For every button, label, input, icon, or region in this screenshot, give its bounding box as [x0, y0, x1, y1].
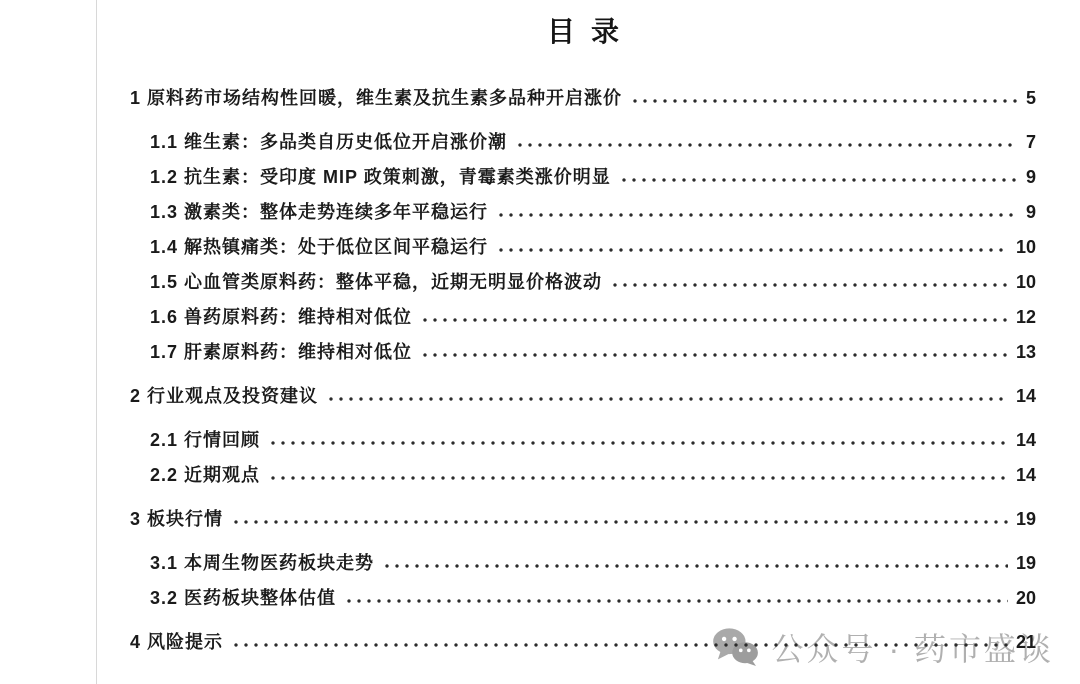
- toc-leader-dots: [231, 620, 1008, 655]
- toc-entry[interactable]: 1.1 维生素：多品类自历史低位开启涨价潮 7: [130, 120, 1036, 155]
- toc-entry-label[interactable]: 1.1 维生素：多品类自历史低位开启涨价潮: [150, 129, 507, 155]
- toc-entry[interactable]: 2.2 近期观点 14: [130, 453, 1036, 488]
- toc-leader-dots: [268, 418, 1008, 453]
- toc-entry[interactable]: 1.6 兽药原料药：维持相对低位 12: [130, 295, 1036, 330]
- toc-entry[interactable]: 4 风险提示 21: [130, 620, 1036, 655]
- toc-entry-label[interactable]: 3.1 本周生物医药板块走势: [150, 550, 374, 576]
- toc-entry-label[interactable]: 1.7 肝素原料药：维持相对低位: [150, 339, 412, 365]
- toc-entry-label[interactable]: 1.4 解热镇痛类：处于低位区间平稳运行: [150, 234, 488, 260]
- toc-entry-page: 10: [1010, 234, 1036, 260]
- toc-entry[interactable]: 1.4 解热镇痛类：处于低位区间平稳运行 10: [130, 225, 1036, 260]
- toc-entry-label[interactable]: 2 行业观点及投资建议: [130, 383, 318, 409]
- toc-entry-page: 19: [1010, 550, 1036, 576]
- toc-entry-page: 7: [1020, 129, 1036, 155]
- toc-entry-label[interactable]: 2.1 行情回顾: [150, 427, 260, 453]
- toc-leader-dots: [496, 190, 1018, 225]
- toc-content: 目录 1 原料药市场结构性回暖，维生素及抗生素多品种开启涨价 5 1.1 维生素…: [130, 10, 1036, 664]
- toc-entry-label[interactable]: 1.3 激素类：整体走势连续多年平稳运行: [150, 199, 488, 225]
- toc-list: 1 原料药市场结构性回暖，维生素及抗生素多品种开启涨价 5 1.1 维生素：多品…: [130, 76, 1036, 655]
- toc-entry[interactable]: 1.7 肝素原料药：维持相对低位 13: [130, 330, 1036, 365]
- toc-entry[interactable]: 1.2 抗生素：受印度 MIP 政策刺激，青霉素类涨价明显 9: [130, 155, 1036, 190]
- toc-leader-dots: [610, 260, 1008, 295]
- toc-entry[interactable]: 2.1 行情回顾 14: [130, 418, 1036, 453]
- toc-leader-dots: [344, 576, 1008, 611]
- toc-entry-page: 13: [1010, 339, 1036, 365]
- toc-entry[interactable]: 3.1 本周生物医药板块走势 19: [130, 541, 1036, 576]
- toc-entry[interactable]: 3.2 医药板块整体估值 20: [130, 576, 1036, 611]
- toc-leader-dots: [420, 295, 1008, 330]
- toc-leader-dots: [268, 453, 1008, 488]
- toc-leader-dots: [231, 497, 1008, 532]
- toc-entry-page: 10: [1010, 269, 1036, 295]
- toc-entry-label[interactable]: 1.6 兽药原料药：维持相对低位: [150, 304, 412, 330]
- toc-leader-dots: [496, 225, 1008, 260]
- toc-entry-label[interactable]: 3 板块行情: [130, 506, 223, 532]
- toc-entry-label[interactable]: 4 风险提示: [130, 629, 223, 655]
- toc-leader-dots: [630, 76, 1018, 111]
- toc-entry-page: 21: [1010, 629, 1036, 655]
- toc-entry-page: 19: [1010, 506, 1036, 532]
- toc-leader-dots: [515, 120, 1018, 155]
- toc-entry-page: 9: [1020, 199, 1036, 225]
- toc-leader-dots: [326, 374, 1008, 409]
- toc-entry-page: 9: [1020, 164, 1036, 190]
- toc-entry-page: 14: [1010, 383, 1036, 409]
- toc-entry[interactable]: 1.5 心血管类原料药：整体平稳，近期无明显价格波动 10: [130, 260, 1036, 295]
- toc-entry[interactable]: 1 原料药市场结构性回暖，维生素及抗生素多品种开启涨价 5: [130, 76, 1036, 111]
- toc-entry-page: 12: [1010, 304, 1036, 330]
- toc-entry-page: 20: [1010, 585, 1036, 611]
- toc-entry[interactable]: 1.3 激素类：整体走势连续多年平稳运行 9: [130, 190, 1036, 225]
- page-title: 目录: [130, 10, 1036, 50]
- toc-leader-dots: [619, 155, 1018, 190]
- toc-entry-label[interactable]: 1 原料药市场结构性回暖，维生素及抗生素多品种开启涨价: [130, 85, 622, 111]
- toc-entry[interactable]: 3 板块行情 19: [130, 497, 1036, 532]
- toc-entry-page: 5: [1020, 85, 1036, 111]
- toc-entry-label[interactable]: 1.5 心血管类原料药：整体平稳，近期无明显价格波动: [150, 269, 602, 295]
- toc-leader-dots: [420, 330, 1008, 365]
- toc-entry-page: 14: [1010, 427, 1036, 453]
- toc-leader-dots: [382, 541, 1008, 576]
- toc-entry-label[interactable]: 1.2 抗生素：受印度 MIP 政策刺激，青霉素类涨价明显: [150, 164, 611, 190]
- toc-entry-page: 14: [1010, 462, 1036, 488]
- toc-entry-label[interactable]: 3.2 医药板块整体估值: [150, 585, 336, 611]
- page-left-border: [96, 0, 97, 684]
- toc-page: 目录 1 原料药市场结构性回暖，维生素及抗生素多品种开启涨价 5 1.1 维生素…: [0, 0, 1080, 684]
- toc-entry[interactable]: 2 行业观点及投资建议 14: [130, 374, 1036, 409]
- toc-entry-label[interactable]: 2.2 近期观点: [150, 462, 260, 488]
